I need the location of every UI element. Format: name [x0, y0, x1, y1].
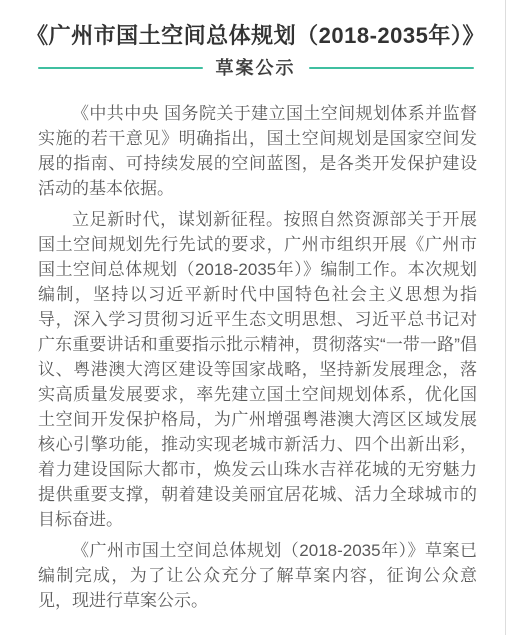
subtitle-left-rule: [38, 67, 203, 69]
paragraph-main: 立足新时代，谋划新征程。按照自然资源部关于开展国土空间规划先行先试的要求，广州市…: [38, 207, 477, 532]
paragraph-intro: 《中共中央 国务院关于建立国土空间规划体系并监督实施的若干意见》明确指出，国土空…: [38, 101, 477, 201]
paragraph-closing: 《广州市国土空间总体规划（2018-2035年）》草案已编制完成，为了让公众充分…: [38, 538, 477, 613]
notice-page: 《广州市国土空间总体规划（2018-2035年）》 草案公示 《中共中央 国务院…: [0, 0, 511, 635]
page-right-border: [505, 0, 506, 635]
page-title: 《广州市国土空间总体规划（2018-2035年）》: [0, 0, 511, 51]
subtitle-right-rule: [309, 67, 474, 69]
notice-body: 《中共中央 国务院关于建立国土空间规划体系并监督实施的若干意见》明确指出，国土空…: [38, 101, 477, 613]
subtitle-row: 草案公示: [0, 56, 511, 80]
page-subtitle: 草案公示: [216, 56, 296, 80]
